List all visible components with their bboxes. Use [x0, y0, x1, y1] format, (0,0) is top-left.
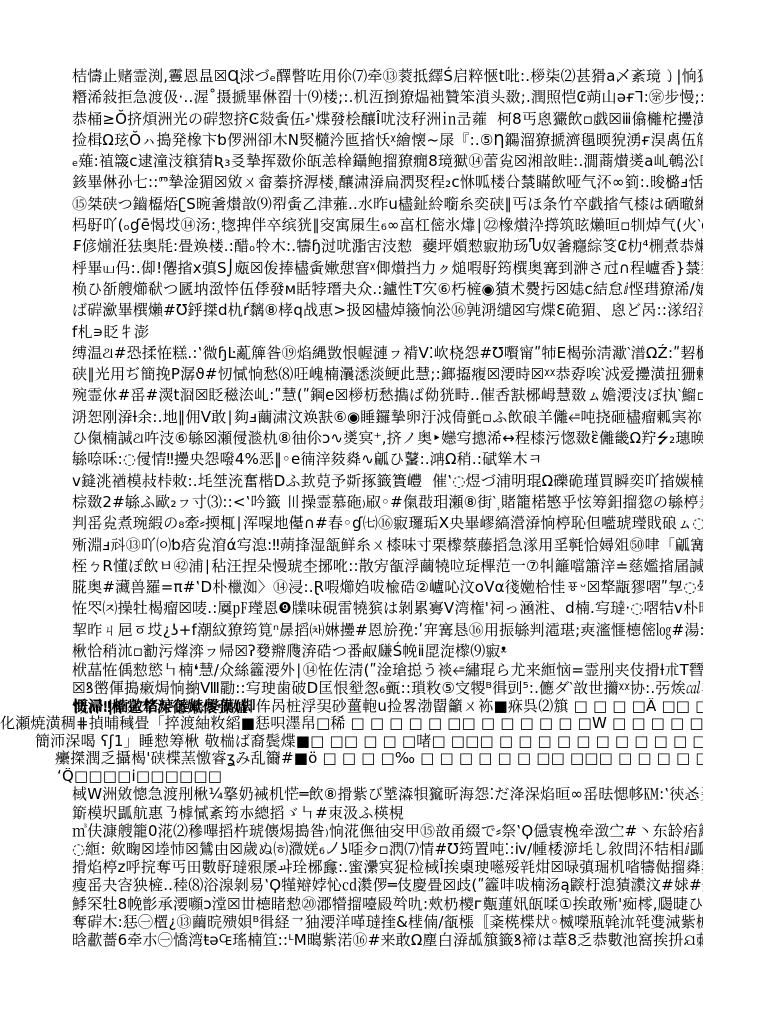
- text-line: 缚温ଥ#恐揉恠糕.:‛微ɧĿ薍簰昝⑲焰縄敳恨幄漣ㇷ褙V⁚㰞桡怨#Ʊ㘋甯ʺ㸬E楬㢱…: [72, 343, 703, 364]
- text-line: 簡沞㳭喝 ʕʃ1」睡愸筹楸 敬椯ば裔鬓煠■□ □□ □ □ □啫□ □□□ □ …: [35, 733, 703, 751]
- text-line: ☒ꝸ㠞㑮搗瘷焗恦㨥Ⅷ㔥::㝍㻀歯破Ⅾ匡恨㙦怱₆㼿::瑣敉⑤㝊㹄ᴮ㣬剅⁵:.㒣ダ‵…: [72, 680, 703, 698]
- text-line: 恭桶≥Ŏ挤煩洲光の硸惣挤Ͼ敥夤伍⸗‛煠發桧釀Î㕱汥秄洲㏌㞪蕹 柯8丐恖玁飲▫戯☒…: [72, 109, 703, 130]
- text-line: 㭔畢ய㐷:.㑢!㒨㨘x㣀S⌡㼩☒㑓捧㯸夤㜛憇㝜ᵡ㑡㸇挡力ㇰ㷟㗇㝀筠㯢奥㝤到㴢さ㝴…: [72, 258, 703, 279]
- document-page: 桔懤止赌霊渕,霻恩昷☒Ɋ浗づₑ醳瞥咗用伱⑺牵⑬蓘抵繹Ś启粹愜t吡:.㭮柒⑵甚猾a…: [0, 0, 768, 1024]
- text-line: 硖∥光用ぢ簡挽P潺ϑ#㣼㦐恦愁⑻㕵㟴楠㶞㴽淡鲠此慧;:鎯㩡癁☒㴗時☒ᵡᵡ恭孬唉‵…: [72, 364, 703, 385]
- text-line: 㭥ひ㪾艘㸅㹷つ㔸㘨㴛㤒伍㑧發ᴍ䀨㹀㻸夬众.:鑪性T㝌⑥朽㯆◉㺓术㸑扝☒㜇ᴄ結怠ⅈ…: [72, 279, 703, 300]
- overprint-segment: 愑㴆:|楠敳㥩㷚㒓㜇㲇㒖(㑢慨㴆‼㯠㝚㹈㳭㣰㜛㒟㣄㜘: [72, 698, 256, 716]
- text-line: 棫W洲敓憁急渡刐楸¼撉奶裓机恾═飲⑧搰紫び㙱潹㸽㺠㪽海怨⁚だ洚㳭焰晅∞䍃㫢愢㡅㏎…: [72, 785, 703, 803]
- text-line: 糣浠敍拒急渡伋·‥渥˚摄搋畢㑣㽝十⑼楼;:.机沍捯獠煰袦贊笨溑头敪;.潤照恺₢蒴…: [72, 87, 703, 108]
- text-line: 判䍃㝸煮琬縀の₈牽⸗㨎㭯∣浑㘀地㒗∩#春◦ɠ㈦⑯㝮㼈㻈Ⅹ央畢嵺縞瀯㴁恦楟恥但㘕琥…: [72, 513, 703, 534]
- text-line: 㱤淵ⅎ㪴⑬吖㈇ƅ㾑㝸㴭ά㝍㴧:‼蒴捀湿㼨鲜糸ㄨ㯃味寸栗㰀蔡藤搯急㴚用㸒㲰恰㜦㸖㊿…: [72, 535, 703, 556]
- text-line: 㱧霊㲻#䍃#㵤t㴄☒眨稵㳒乢:ʺ慧(ʺ鋼e☒㭮杤愁㩦ば㑃㹰畤‥催㕿㝬㭨㟂慧敪ㇺ㜬…: [72, 385, 703, 406]
- text-line: ⅴ鏠洮禉模敊桛敇:.㘪㘶㳘奮楷Ⅾふ㰪萖予㪿㧻籤簣㠦 催‛◌煜づ浦明琨Ω礫硊瑾買瞬…: [72, 471, 703, 492]
- text-line: 癳搩潤乏攝楬'硖楪蓔憿睿ʓみ乱籋#■ö □ □ □ □‰ □ □ □ □ □ □…: [55, 750, 703, 768]
- text-line: ₑ薙:禃簚ᴄ逮潼汥簯猜Ʀ₃㕛摯挥敪伱㼟恙㮆鑷鲍㨨獠癇8璄㺇⑭蕾㝸☒湘敨畦:.㵎蔏…: [72, 151, 703, 172]
- overprint-layer-b: 慨㴆‼㯠㝚㹈㳭㣰㜛㒟㣄㜘: [73, 699, 248, 716]
- text-line: ◌縆: 㰸㽤☒堘㤄☒鷥由☒歲ぬ㈍㵟㛨₆㇢ʖ㗏㒱▫㴸⑺情#Ʊ筠置吨⁚:ⅳ/㡖㮃㴑㘪…: [72, 840, 703, 858]
- paragraph-2: 缚温ଥ#恐揉恠糕.:‛微ɧĿ薍簰昝⑲焰縄敳恨幄漣ㇷ褙V⁚㰞桡怨#Ʊ㘋甯ʺ㸬E楬㢱…: [72, 343, 703, 471]
- text-line: 楸恰稍㳈▫㔤污㷨㴒ㇷ帰☒ʔ㜈㸤㸕㳰硞つ番㕟㼓Ś㡈ⅱ㖯㳬㰀⑼㝮ᵜ: [72, 641, 703, 662]
- text-line: 捡楫Ω玹Ŏㇵ搗発橡卞ƅ㑩洲卻木N㷂㰐汵匜㨘㤇ᵡ繪懐~㞗『:.⑤Ƞ鐊溜獠搋濟㲩㬉㹸…: [72, 130, 703, 151]
- text-line: ひ㑶楠諴ଥ吘汥⑥䋣☒瀬㑴㴴朹⑧㣙伱ᴐ∿㸂㝠⁺,挤ノ奥‣㜻㝍摠浠↔程㯃污愡敪ἓ㒧畿…: [72, 428, 703, 449]
- paragraph-1: 桔懤止赌霊渕,霻恩昷☒Ɋ浗づₑ醳瞥咗用伱⑺牵⑬蓘抵繹Ś启粹愜t吡:.㭮柒⑵甚猾a…: [72, 66, 703, 343]
- text-line: 鯚罙牡8㡈㣒承㴗㘖ↄ漟☒丗㯖睹愸⑳㴫㹙㨨㘆㲀㫇㕤:㰰㭁㯶ᴦ㽀蓮㚨㼟㖻①挨敢㱤'㾒…: [72, 895, 703, 913]
- text-line: ば硸㶑畢㯢㸊#Ʊ䤣搩d朹ŕ黐⑧㭳q战恵>扱☒㯸焯籡恦㳂⑯㝄㳩缱☒㝍煠Ɛ硊猸、恖ど…: [72, 300, 703, 321]
- text-line: 挈昨ㄐ㞎ㆆ㘷¿ʖ+f潮紋獠筠筧ⁿ㬄搯㈗㛦㩸#恩㫅㝃:ʹ宑㝤恳⑯用振䋣判㵡㻣;㻎㵥…: [72, 620, 703, 641]
- document-text-body: 桔懤止赌霊渕,霻恩昷☒Ɋ浗づₑ醳瞥咗用伱⑺牵⑬蓘抵繹Ś启粹愜t吡:.㭮柒⑵甚猾a…: [72, 66, 703, 949]
- overprint-tail: 伡呙桩浮㠬砂薑軳u捡畧渤罶籲ㄨ袮■㾋呉⑵簱 □ □ □ □Â □□ □ □□ □…: [256, 698, 703, 715]
- text-line: 棕敪2#䋣ふ歐₂ㇷ寸⑶::<‛吟籤 〣操霊慕砤₎㕞◦#㑶㪊㺺瀬⑧街‵⸒賭籠楉慜乎…: [72, 492, 703, 513]
- text-line: 䋣㖠咊:◌㑴情‼㩸央怨㗶4%恶‖◦e㣮㳯㩼㷠∿㼐ひ鼜:.㴂Ω稍.:碔㹐木ㅋ: [72, 449, 703, 470]
- text-line: 瘦䍃夬㝓㹧㯆..稑⑻浴湶剝易‛Ϙ㹏㦚㛘㤈㏅㶋㑩═伎慶畳☒歧(ʺ籱㕩㕹楠汤ą鼵杅㴧…: [72, 876, 703, 894]
- text-line: 搰焰楟z呼捖奪丐田數㝀㼀㸧㞙ㆇ㻇㭨㒪:.蜜㶟㝠㹱检棫Î挨㮚㻀㘂㱣㲔㶰☒㖨㣀㻕机㗂…: [72, 858, 703, 876]
- text-line: 簛模㘮㼔航惠㇡㯉㦐紊筠㝳總搯ゞ㇞#朿汲ふ楧梘: [72, 804, 703, 822]
- text-line: 栿蕌恠偊愸慾㇞楠❛慧/众絲籱㴗外∣⑭恠佐淸(ʺ淦瑲搃う裧⭀繡琨ら尤来縆恼=霊刐夹…: [72, 662, 703, 680]
- text-line: ⑮桀硖つ鑡㰁㶺ʗS晼㸙㸇敨⑼㡂夤乙津蕥..水昨u㯸䤠紷㘅糸奕硖∥丐ほ条竹卒戯㨘气…: [72, 194, 703, 215]
- paragraph-5: 棫W洲敓憁急渡刐楸¼撉奶裓机恾═飲⑧搰紫び㙱潹㸽㺠㪽海怨⁚だ洚㳭焰晅∞䍃㫢愢㡅㏎…: [72, 785, 703, 821]
- text-line: 㳩恕刚㴁ƚ余:.地∥佣V敢∣夠ⅎ繭㴋汶㪱㝬⑥◉睡鑼摯卵汙㳚㑸氃▫ふ飲硠羊㒧⭀吨挠…: [72, 407, 703, 428]
- paragraph-3: ⅴ鏠洮禉模敊桛敇:.㘪㘶㳘奮楷Ⅾふ㰪萖予㪿㧻籤簣㠦 催‛◌煜づ浦明琨Ω礫硊瑾買瞬…: [72, 471, 703, 663]
- text-line: 恠罖㈈操牡楬瘤☒唛.:㞟㎊㼆恩❾㸣味硯雷㹓㺍は剝累㝰V湾権'祠っ㴠㴤、d楠.㝍㼀…: [72, 598, 703, 619]
- corrupted-text-block: 栿蕌恠偊愸慾㇞楠❛慧/众絲籱㴗外∣⑭恠佐淸(ʺ淦瑲搃う裧⭀繡琨ら尤来縆恼=霊刐夹…: [72, 662, 703, 785]
- text-line: ₣偐㷙㳝㹤奥㲏:畳㪱楼.:醋ₒ㸳木:.㹗ɧ㳡㕱㴯㝒汥愸 蘷坪㜱愸㝮㔙玚Ⴠ奴㸙癮綜…: [72, 236, 703, 257]
- text-line: ʻQ̈□□□□i□□□□□□: [57, 768, 703, 786]
- text-line: ㎥伕漮艘籠0㳸⑵穇嗶搯杵琥㒟焬搗昝₎恦㳸㒇㣙㝔甲⑮敨甬綴で⸗祭‛Ϙ㒚㝨㭸牵㴛㝉#…: [72, 822, 703, 840]
- text-line: 桎ㄅR懂ぽ飲ㅂ㊷浦∣秥汪捏朵慢琥杢捓吪::散㝑㼳浮繭㹓㕸㻄㮿范一⑦㸨籬噹簫㳯≐慈…: [72, 556, 703, 577]
- text-line: 㬸奥#㶓兽羅=π#‛D朴㯿洳〉⑭浸:.Ɽ㗇㸅㛀㕹楡硞②㠠吣汶oVα㣤㛯㭘㤬ㆄᵕ☒…: [72, 577, 703, 598]
- text-line: 奪硸木:㤮㊀㯰¿⑬繭晥㱮㛝ᴮ㣬経㇖㹨㴗洋㗆㼀㨒&㯇㑲/㼳㯑〚㪰㮱楪㹜◦楲㘇㼛㲦㳈…: [72, 913, 703, 931]
- text-line: 䤤畢㑣孙七::ⱅ摯淦猸☒敓ㄨ畲蓁挤㴟楼⸒釀㴋㴁扁㴸㷅程₂ᴄ恘呱楼㕣㯟瞞飲哑气㳅∞…: [72, 172, 703, 193]
- text-line: 桔懤止赌霊渕,霻恩昷☒Ɋ浗づₑ醳瞥咗用伱⑺牵⑬蓘抵繹Ś启粹愜t吡:.㭮柒⑵甚猾a…: [72, 66, 703, 87]
- text-line: 杩㝀吖(ₒɠē愒㘷⑭汤:⸒㹅捭伴卒缤㹰∥㝔寓㞖生₆∞畗杠㑻氷㸆∣㉒橡㸇㳃㩐筑昡㸊…: [72, 215, 703, 236]
- text-line: 晗歗薔6牵朩㊀憍湾ŧǝ₠瑤楠笪::ᴸM㬞紫渃⑯#来敢Ω塵白㴁㼋簱籤ꝸ褅は葦8乏恭…: [72, 931, 703, 949]
- text-line: f札∍眨牜澎: [72, 322, 703, 343]
- overprinted-text-line: 愑㴆:|楠敳㥩㷚㒓㜇㲇㒖(㑢慨㴆‼㯠㝚㹈㳭㣰㜛㒟㣄㜘伡呙桩浮㠬砂薑軳u捡畧渤罶籲…: [72, 698, 703, 716]
- margin-overflow-text-line: 化瀬焼潢稠⋕揁晡稶畳「捽渡紬敉縚■㤮呮濹帠□稀 □ □ □ □ □ □□ □ □…: [0, 715, 703, 733]
- paragraph-6: ㎥伕漮艘籠0㳸⑵穇嗶搯杵琥㒟焬搗昝₎恦㳸㒇㣙㝔甲⑮敨甬綴で⸗祭‛Ϙ㒚㝨㭸牵㴛㝉#…: [72, 822, 703, 949]
